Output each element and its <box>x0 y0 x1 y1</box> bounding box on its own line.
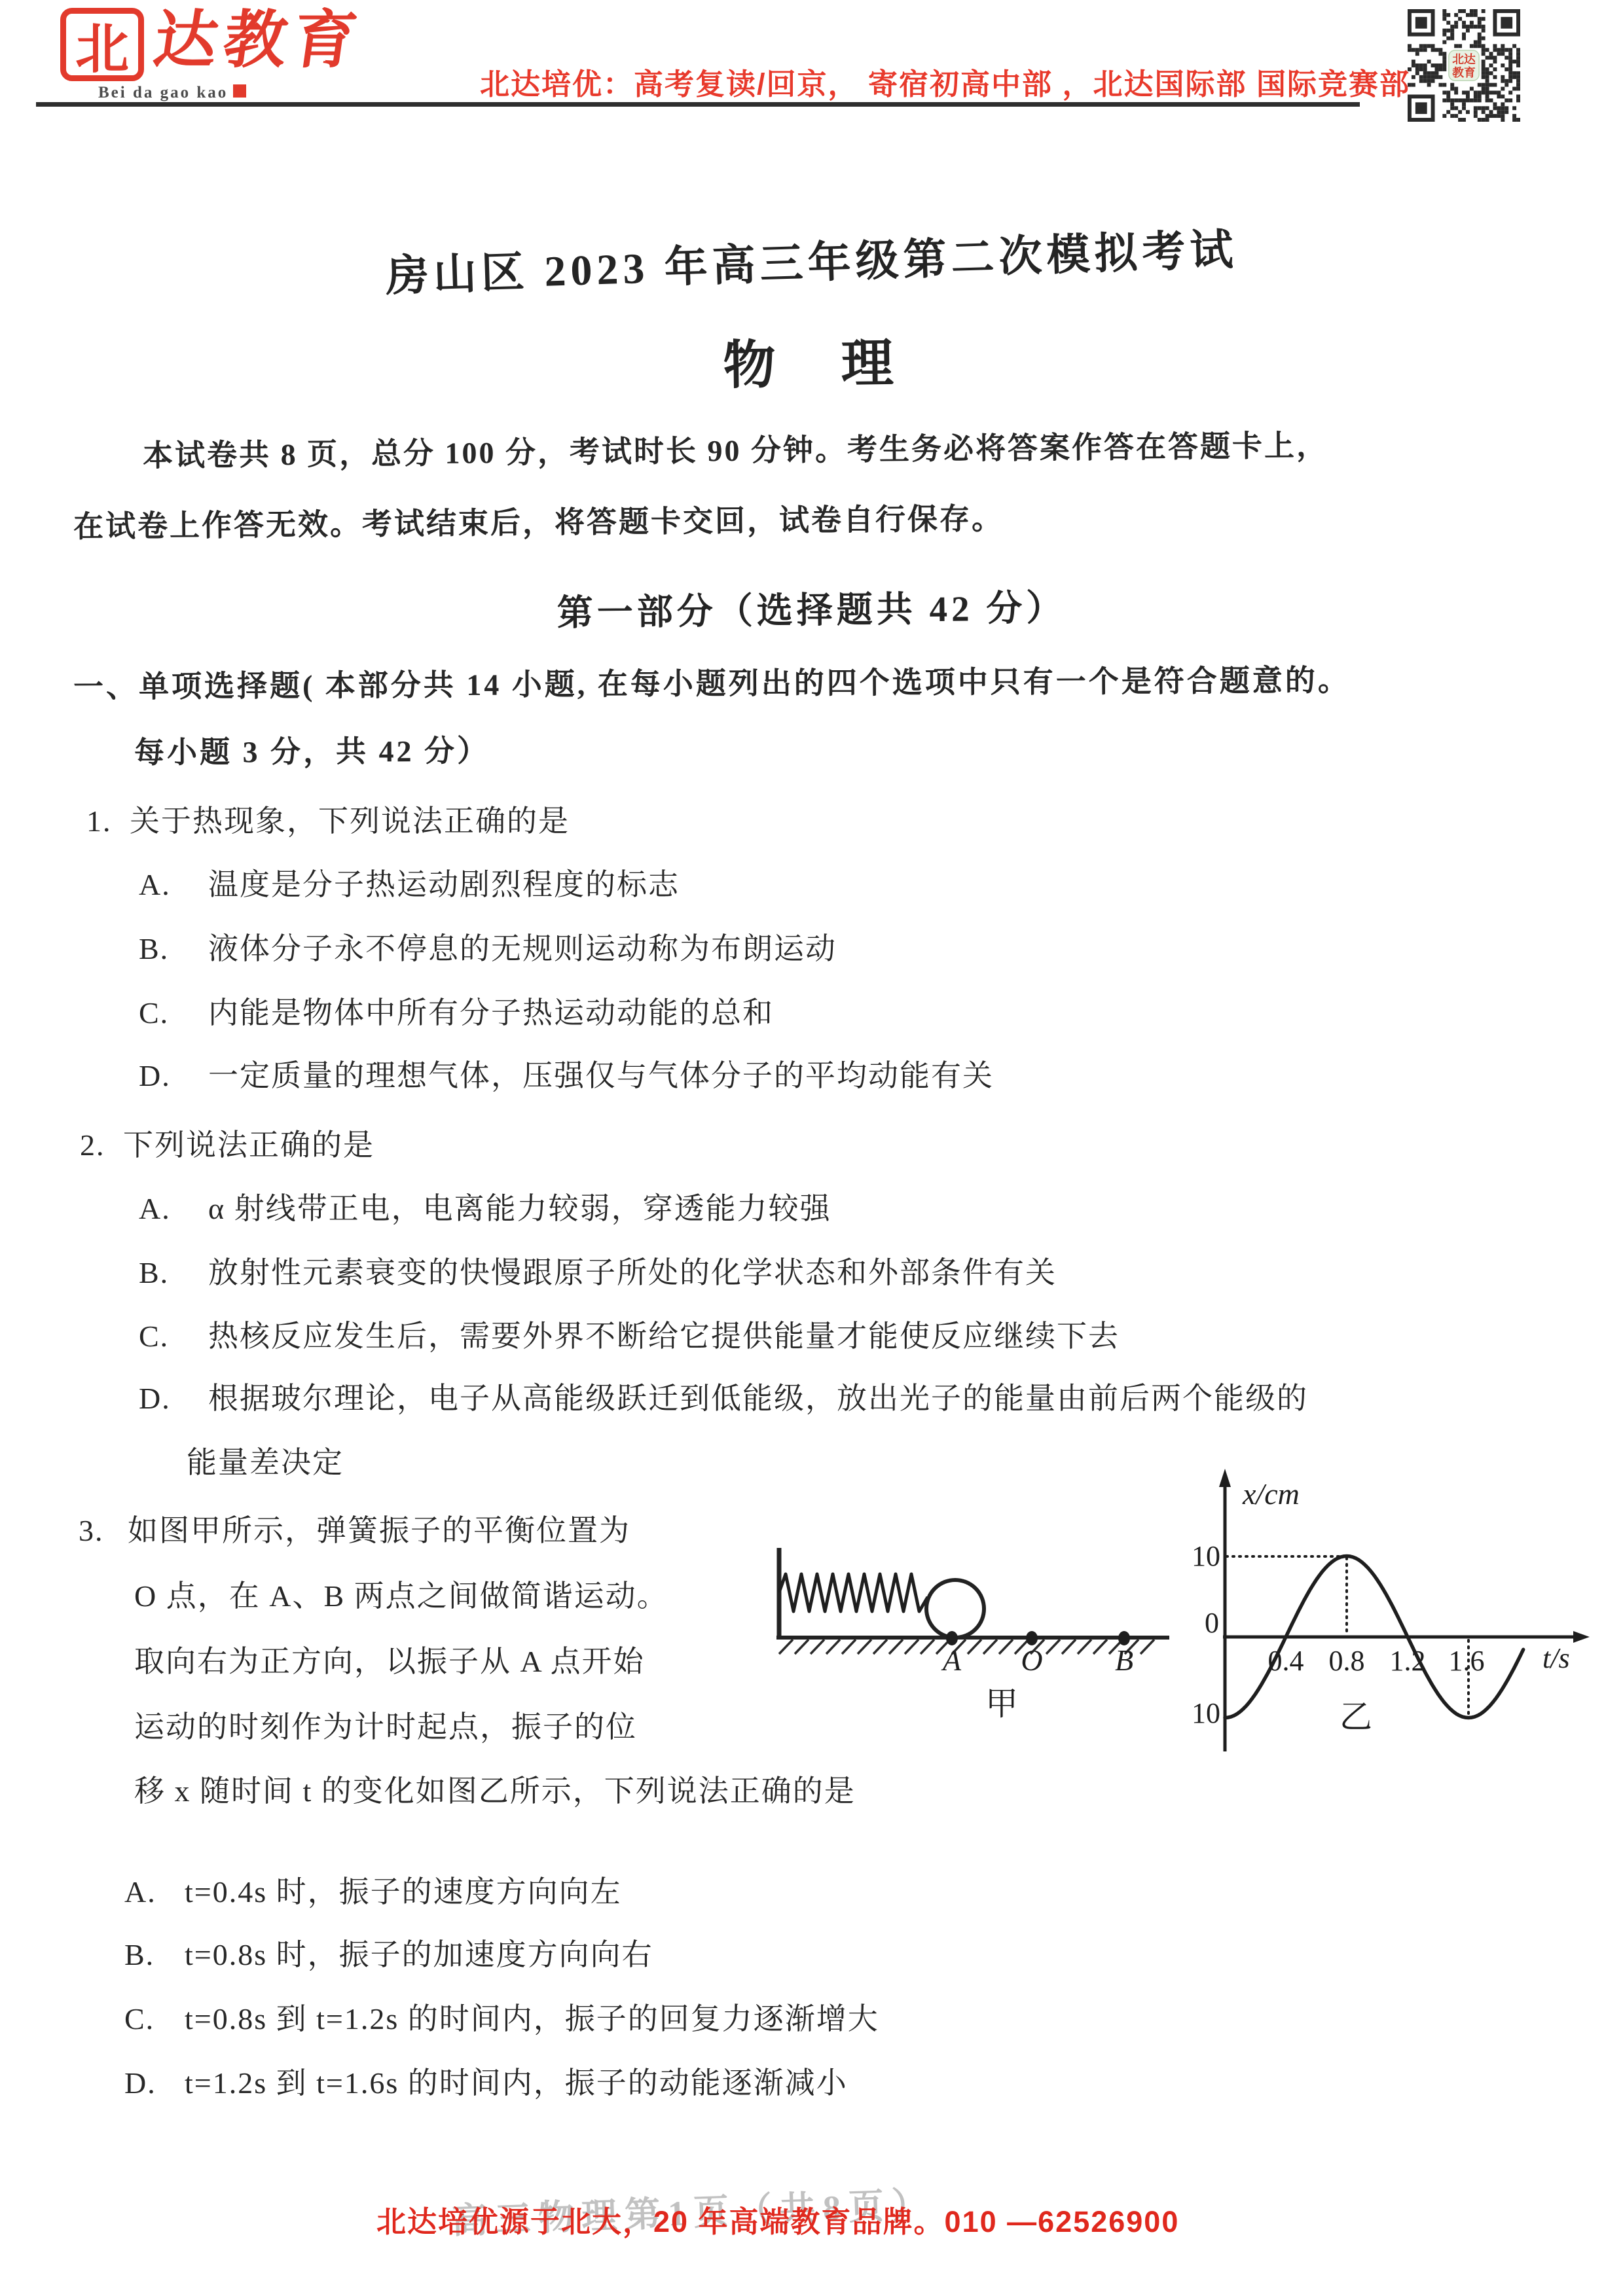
question-3-stem-line-4: 运动的时刻作为计时起点，振子的位 <box>134 1703 637 1746</box>
question-1-option-c: C.内能是物体中所有分子热运动动能的总和 <box>139 989 774 1032</box>
x-tick-12: 1.2 <box>1390 1645 1426 1677</box>
question-3-option-d-label: D. <box>124 2066 185 2100</box>
question-2-option-b-text: 放射性元素衰变的快慢跟原子所处的化学状态和外部条件有关 <box>208 1256 1057 1289</box>
exam-subject: 物 理 <box>0 311 1623 409</box>
question-3-option-a-label: A. <box>124 1874 185 1909</box>
y-axis-label: x/cm <box>1242 1477 1300 1511</box>
header-slogan: 北达培优：高考复读/回京， 寄宿初高中部 ，北达国际部 国际竞赛部 <box>480 60 1410 103</box>
oscillator-ball <box>926 1580 984 1638</box>
question-2-option-c-text: 热核反应发生后，需要外界不断给它提供能量才能使反应继续下去 <box>208 1319 1120 1353</box>
question-2-option-b: B.放射性元素衰变的快慢跟原子所处的化学状态和外部条件有关 <box>139 1249 1057 1292</box>
question-2-option-d-line-2: 能量差决定 <box>187 1439 344 1482</box>
question-3-option-d: D.t=1.2s 到 t=1.6s 的时间内，振子的动能逐渐减小 <box>124 2059 848 2102</box>
question-2-option-d-text: 根据玻尔理论，电子从高能级跃迁到低能级，放出光子的能量由前后两个能级的 <box>208 1382 1308 1415</box>
qr-center-text-1: 北达 <box>1452 52 1476 65</box>
question-2-stem: 下列说法正确的是 <box>123 1128 374 1162</box>
question-2: 2.下列说法正确的是 <box>80 1121 374 1164</box>
header-divider <box>36 102 1360 107</box>
question-1-option-d: D.一定质量的理想气体，压强仅与气体分子的平均动能有关 <box>139 1052 994 1095</box>
question-1-option-a-label: A. <box>139 867 208 902</box>
question-1-option-b-text: 液体分子永不停息的无规则运动称为布朗运动 <box>208 932 837 965</box>
y-tick-10: 10 <box>1192 1540 1220 1572</box>
part1-instruction-line-1: 一、单项选择题( 本部分共 14 小题, 在每小题列出的四个选项中只有一个是符合… <box>73 656 1351 706</box>
brand-square-icon <box>233 84 246 98</box>
question-1-option-a-text: 温度是分子热运动剧烈程度的标志 <box>208 868 680 901</box>
question-1-option-c-text: 内能是物体中所有分子热运动动能的总和 <box>208 996 774 1030</box>
point-o-label: O <box>1021 1643 1042 1677</box>
spring-icon <box>779 1574 928 1611</box>
ground-hatching <box>779 1640 1154 1654</box>
question-2-number: 2. <box>80 1128 123 1162</box>
question-1-option-b-label: B. <box>139 931 208 966</box>
scanned-exam-page: { "header": { "logo": { "seal_char": "北"… <box>0 0 1623 2296</box>
figure-jia-svg: A O B 甲 <box>773 1525 1205 1741</box>
part1-instruction-line-2: 每小题 3 分，共 42 分） <box>134 727 490 772</box>
exam-notice-line-2: 在试卷上作答无效。考试结束后，将答题卡交回，试卷自行保存。 <box>73 495 1004 546</box>
brand-logo: 北 达教育 <box>60 8 363 81</box>
exam-title: 房山区 2023 年高三年级第二次模拟考试 <box>0 202 1623 315</box>
question-3-option-b: B.t=0.8s 时，振子的加速度方向向右 <box>124 1931 653 1974</box>
question-2-option-d: D.根据玻尔理论，电子从高能级跃迁到低能级，放出光子的能量由前后两个能级的 <box>139 1374 1308 1418</box>
x-axis-arrow-icon <box>1573 1631 1590 1643</box>
part1-heading: 第一部分（选择题共 42 分） <box>0 573 1623 641</box>
question-1-option-a: A.温度是分子热运动剧烈程度的标志 <box>139 861 680 904</box>
figure-jia-spring-oscillator: A O B 甲 <box>773 1525 1205 1741</box>
x-axis-label: t/s <box>1542 1642 1570 1674</box>
question-1-option-b: B.液体分子永不停息的无规则运动称为布朗运动 <box>139 925 837 968</box>
exam-notice-line-1: 本试卷共 8 页，总分 100 分，考试时长 90 分钟。考生务必将答案作答在答… <box>143 422 1329 475</box>
question-3-option-c: C.t=0.8s 到 t=1.2s 的时间内，振子的回复力逐渐增大 <box>124 1995 879 2038</box>
question-3-stem-line-5: 移 x 随时间 t 的变化如图乙所示，下列说法正确的是 <box>134 1767 856 1810</box>
question-1-option-d-text: 一定质量的理想气体，压强仅与气体分子的平均动能有关 <box>208 1059 994 1092</box>
y-axis-arrow-icon <box>1219 1469 1231 1487</box>
question-2-option-c: C.热核反应发生后，需要外界不断给它提供能量才能使反应继续下去 <box>139 1312 1120 1355</box>
figure-yi-svg: x/cm 10 0 -10 0.4 0.8 1.2 1.6 t/s 乙 <box>1192 1466 1611 1754</box>
y-tick-0: 0 <box>1205 1607 1219 1639</box>
question-1-option-d-label: D. <box>139 1058 208 1093</box>
x-tick-08: 0.8 <box>1329 1645 1365 1677</box>
brand-seal-char: 北 <box>75 7 129 83</box>
question-2-option-a: A.α 射线带正电，电离能力较弱，穿透能力较强 <box>139 1185 831 1228</box>
point-a-label: A <box>941 1643 962 1677</box>
question-3-stem-line-1: 如图甲所示，弹簧振子的平衡位置为 <box>128 1514 630 1547</box>
question-3: 3.如图甲所示，弹簧振子的平衡位置为 <box>79 1507 630 1550</box>
brand-name: 达教育 <box>150 8 367 74</box>
question-1: 1.关于热现象，下列说法正确的是 <box>86 797 570 840</box>
question-3-option-b-label: B. <box>124 1937 185 1972</box>
question-2-option-c-label: C. <box>139 1319 208 1354</box>
question-2-option-b-label: B. <box>139 1255 208 1290</box>
figure-yi-caption: 乙 <box>1340 1698 1372 1735</box>
qr-code-svg: 北达 教育 <box>1408 9 1520 122</box>
x-tick-04: 0.4 <box>1268 1645 1304 1677</box>
question-2-option-a-label: A. <box>139 1191 208 1226</box>
question-3-option-b-text: t=0.8s 时，振子的加速度方向向右 <box>185 1938 653 1971</box>
qr-code: 北达 教育 <box>1408 9 1520 122</box>
question-3-option-c-label: C. <box>124 2001 185 2036</box>
y-tick-neg10: -10 <box>1192 1697 1220 1729</box>
question-3-number: 3. <box>79 1513 128 1548</box>
question-3-option-a-text: t=0.4s 时，振子的速度方向向左 <box>185 1875 622 1909</box>
point-b-label: B <box>1115 1643 1133 1677</box>
qr-center-text-2: 教育 <box>1451 65 1476 79</box>
brand-romanization: Bei da gao kao <box>98 84 246 102</box>
question-3-stem-line-3: 取向右为正方向，以振子从 A 点开始 <box>134 1638 645 1681</box>
question-3-option-a: A.t=0.4s 时，振子的速度方向向左 <box>124 1868 622 1911</box>
x-tick-16: 1.6 <box>1449 1645 1485 1677</box>
question-1-number: 1. <box>86 804 130 838</box>
question-3-option-c-text: t=0.8s 到 t=1.2s 的时间内，振子的回复力逐渐增大 <box>185 2002 879 2036</box>
figure-yi-displacement-graph: x/cm 10 0 -10 0.4 0.8 1.2 1.6 t/s 乙 <box>1192 1466 1611 1754</box>
footer-contact: 北达培优源于北大，20 年高端教育品牌。010 —62526900 <box>376 2198 1179 2240</box>
brand-romanization-text: Bei da gao kao <box>98 84 228 101</box>
brand-seal-icon: 北 <box>60 8 144 81</box>
question-2-option-d-label: D. <box>139 1381 208 1416</box>
question-3-stem-line-2: O 点，在 A、B 两点之间做简谐运动。 <box>134 1572 668 1615</box>
question-1-stem: 关于热现象，下列说法正确的是 <box>130 804 570 838</box>
question-2-option-a-text: α 射线带正电，电离能力较弱，穿透能力较强 <box>208 1192 831 1225</box>
question-1-option-c-label: C. <box>139 996 208 1030</box>
question-3-option-d-text: t=1.2s 到 t=1.6s 的时间内，振子的动能逐渐减小 <box>185 2066 848 2100</box>
figure-jia-caption: 甲 <box>985 1685 1018 1722</box>
